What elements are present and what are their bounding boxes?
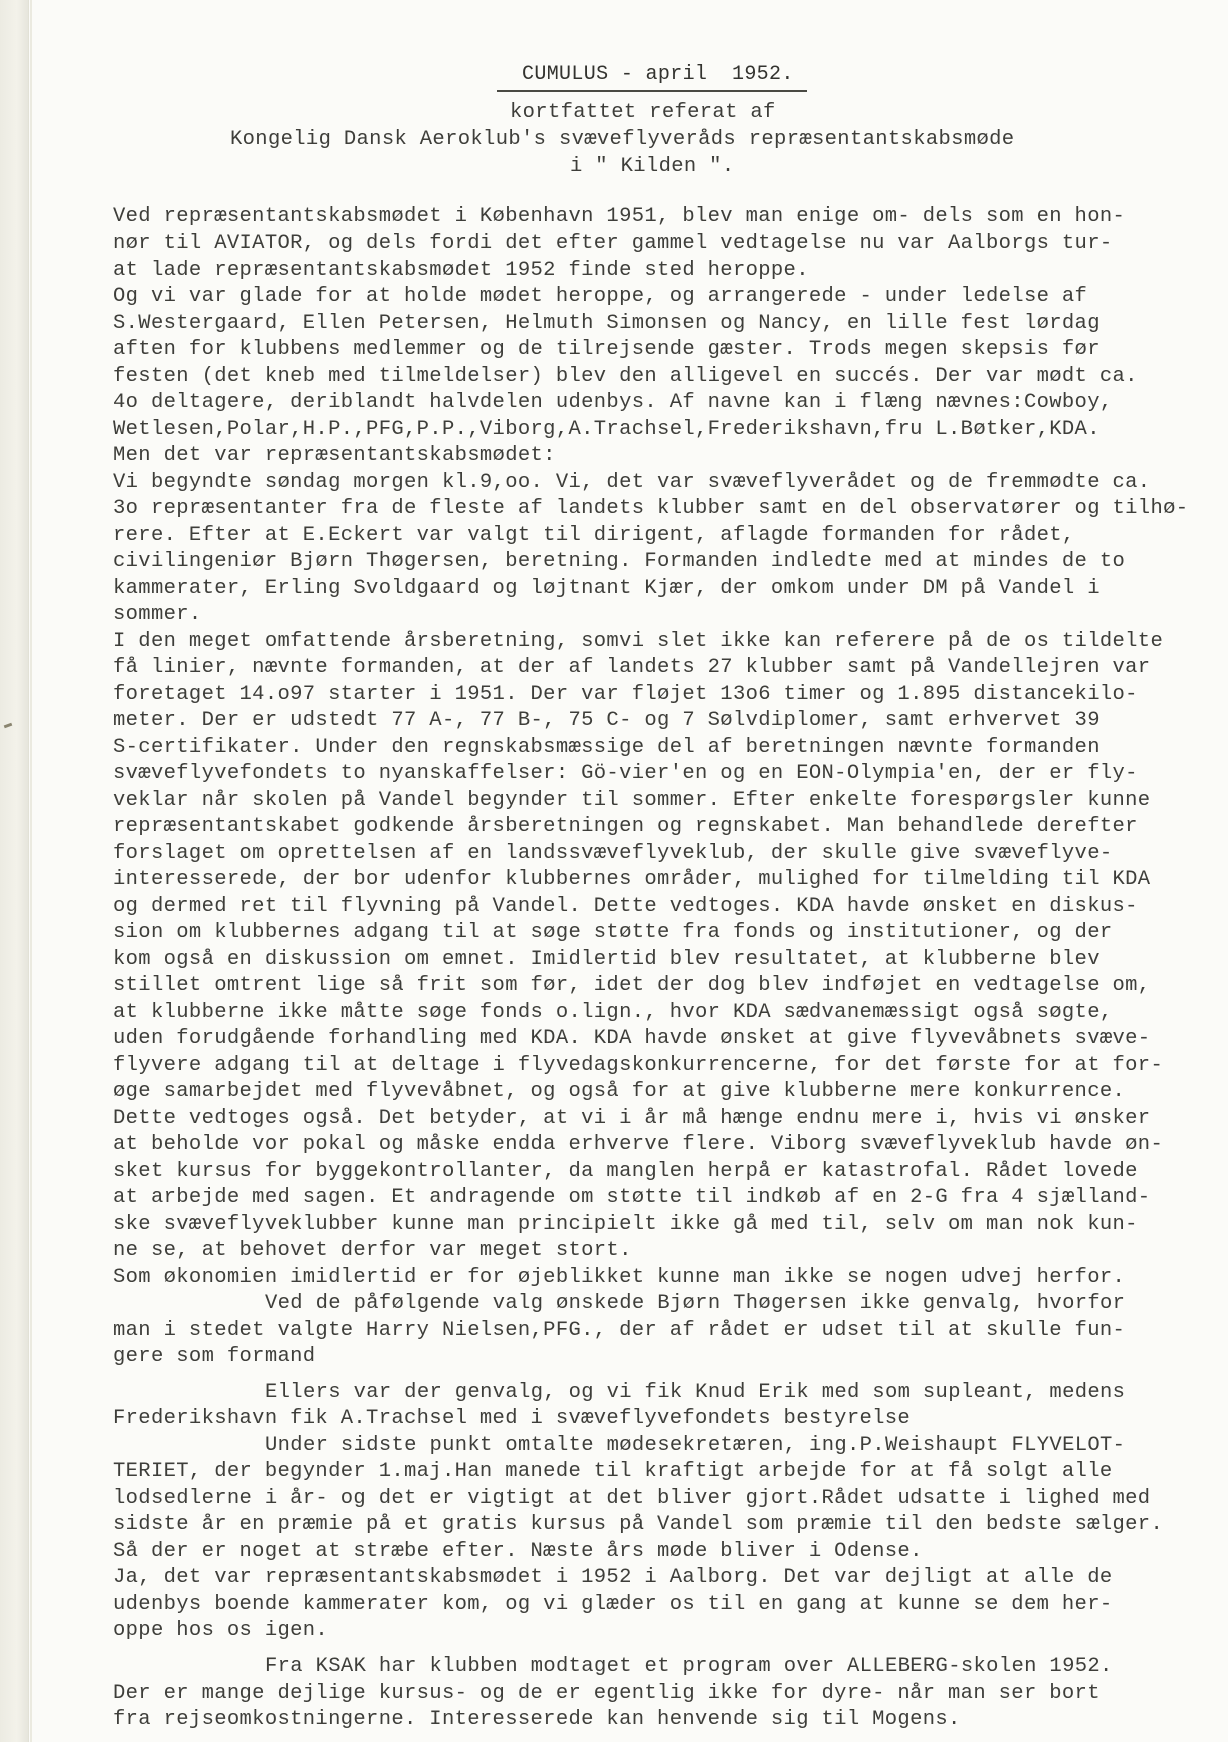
body-line: Som økonomien imidlertid er for øjeblikk… [113,1268,1125,1289]
body-line: meter. Der er udstedt 77 A-, 77 B-, 75 C… [113,711,1100,732]
body-line: at beholde vor pokal og måske endda erhv… [113,1135,1163,1156]
subtitle-line-1: kortfattet referat af [510,103,776,124]
body-line: at lade repræsentantskabsmødet 1952 find… [113,261,809,282]
body-line: I den meget omfattende årsberetning, som… [113,632,1163,653]
body-line: ne se, at behovet derfor var meget stort… [113,1241,632,1262]
body-line: Der er mange dejlige kursus- og de er eg… [113,1684,1100,1705]
body-line: ske svæveflyveklubber kunne man principi… [113,1215,1138,1236]
body-line: sion om klubbernes adgang til at søge st… [113,923,1113,944]
body-line: uden forudgående forhandling med KDA. KD… [113,1029,1150,1050]
body-line: Ellers var der genvalg, og vi fik Knud E… [265,1383,1125,1404]
body-line: rere. Efter at E.Eckert var valgt til di… [113,526,1075,547]
body-line: at arbejde med sagen. Et andragende om s… [113,1188,1150,1209]
body-line: lodsedlerne i år- og det er vigtigt at d… [113,1489,1150,1510]
body-line: fra rejseomkostningerne. Interesserede k… [113,1710,961,1731]
body-line: Vi begyndte søndag morgen kl.9,oo. Vi, d… [113,473,1150,494]
body-line: Dette vedtoges også. Det betyder, at vi … [113,1109,1150,1130]
body-line: kom også en diskussion om emnet. Imidler… [113,950,1100,971]
document-title: CUMULUS - april 1952. [522,65,794,85]
body-line: Ved repræsentantskabsmødet i København 1… [113,207,1125,228]
binding-edge-line [30,0,32,1742]
body-line: øge samarbejdet med flyvevåbnet, og også… [113,1082,1125,1103]
body-line: svæveflyvefondets to nyanskaffelser: Gö-… [113,764,1138,785]
body-line: repræsentantskabet godkende årsberetning… [113,817,1138,838]
body-line: flyvere adgang til at deltage i flyvedag… [113,1056,1163,1077]
body-line: stillet omtrent lige så frit som før, id… [113,976,1150,997]
subtitle-line-2: Kongelig Dansk Aeroklub's svæveflyveråds… [230,130,1014,151]
body-line: oppe hos os igen. [113,1621,328,1642]
body-line: kammerater, Erling Svoldgaard og løjtnan… [113,579,1100,600]
body-line: civilingeniør Bjørn Thøgersen, beretning… [113,552,1125,573]
title-underline [497,90,807,92]
body-line: Men det var repræsentantskabsmødet: [113,446,556,467]
body-line: gere som formand [113,1347,315,1368]
body-line: 3o repræsentanter fra de fleste af lande… [113,499,1188,520]
scanned-page: CUMULUS - april 1952. kortfattet referat… [0,0,1228,1742]
body-line: få linier, nævnte formanden, at der af l… [113,658,1150,679]
body-line: festen (det kneb med tilmeldelser) blev … [113,367,1138,388]
body-line: foretaget 14.o97 starter i 1951. Der var… [113,685,1138,706]
body-line: S-certifikater. Under den regnskabsmæssi… [113,738,1100,759]
body-line: sidste år en præmie på et gratis kursus … [113,1515,1163,1536]
body-line: Wetlesen,Polar,H.P.,PFG,P.P.,Viborg,A.Tr… [113,420,1100,441]
body-line: aften for klubbens medlemmer og de tilre… [113,340,1100,361]
body-line: Ved de påfølgende valg ønskede Bjørn Thø… [265,1294,1125,1315]
body-line: udenbys boende kammerater kom, og vi glæ… [113,1595,1113,1616]
binding-edge [0,0,29,1742]
body-line: og dermed ret til flyvning på Vandel. De… [113,897,1138,918]
body-line: sket kursus for byggekontrollanter, da m… [113,1162,1138,1183]
body-line: forslaget om oprettelsen af en landssvæv… [113,844,1113,865]
body-line: Så der er noget at stræbe efter. Næste å… [113,1542,923,1563]
body-line: sommer. [113,605,202,626]
subtitle-line-3: i " Kilden ". [570,157,734,178]
body-line: man i stedet valgte Harry Nielsen,PFG., … [113,1321,1125,1342]
body-line: Og vi var glade for at holde mødet herop… [113,287,1087,308]
body-line: Ja, det var repræsentantskabsmødet i 195… [113,1568,1113,1589]
body-line: interesserede, der bor udenfor klubberne… [113,870,1150,891]
body-line: Fra KSAK har klubben modtaget et program… [265,1657,1113,1678]
body-line: 4o deltagere, deriblandt halvdelen udenb… [113,393,1113,414]
body-line: S.Westergaard, Ellen Petersen, Helmuth S… [113,314,1100,335]
body-line: veklar når skolen på Vandel begynder til… [113,791,1150,812]
body-line: nør til AVIATOR, og dels fordi det efter… [113,234,1113,255]
body-line: TERIET, der begynder 1.maj.Han manede ti… [113,1462,1113,1483]
body-line: at klubberne ikke måtte søge fonds o.lig… [113,1003,1113,1024]
body-line: Under sidste punkt omtalte mødesekretære… [265,1436,1125,1457]
body-line: Frederikshavn fik A.Trachsel med i svæve… [113,1409,910,1430]
